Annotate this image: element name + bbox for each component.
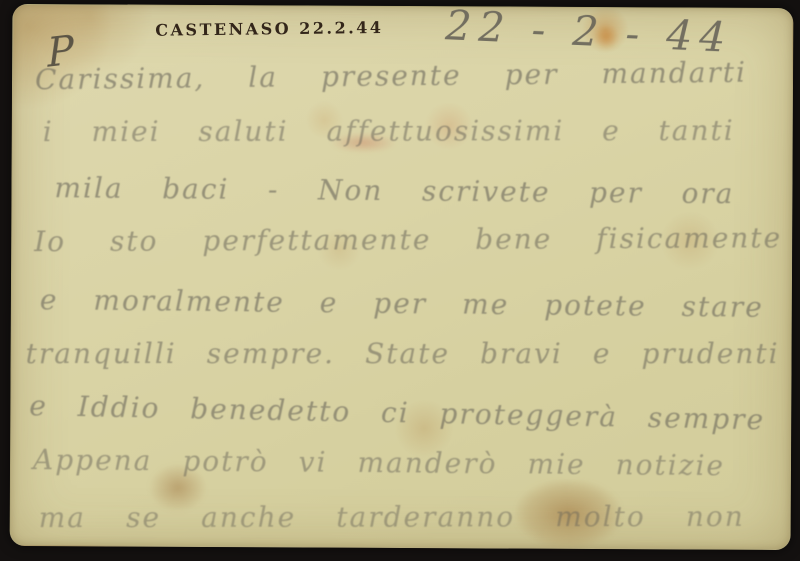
handwriting-line: ma se anche tarderanno molto non (39, 500, 745, 534)
handwriting-line: Appena potrò vi manderò mie notizie (33, 443, 725, 482)
handwriting-line: tranquilli sempre. State bravi e prudent… (26, 337, 780, 370)
handwriting-line: Carissima, la presente per mandarti (35, 56, 747, 96)
photo-backdrop: P CASTENASO 22.2.44 22 - 2 - 44 Carissim… (0, 0, 800, 561)
handwriting-line: e Iddio benedetto ci proteggerà sempre (29, 389, 765, 436)
handwriting-line: i miei saluti affettuosissimi e tanti (43, 114, 735, 148)
handwriting-line: Io sto perfettamente bene fisicamente (34, 221, 782, 258)
handwriting-line: mila baci - Non scrivete per ora (54, 171, 734, 210)
handwritten-message: Carissima, la presente per mandarti i mi… (11, 5, 793, 549)
postcard: P CASTENASO 22.2.44 22 - 2 - 44 Carissim… (10, 4, 794, 550)
handwriting-line: e moralmente e per me potete stare (40, 283, 764, 324)
